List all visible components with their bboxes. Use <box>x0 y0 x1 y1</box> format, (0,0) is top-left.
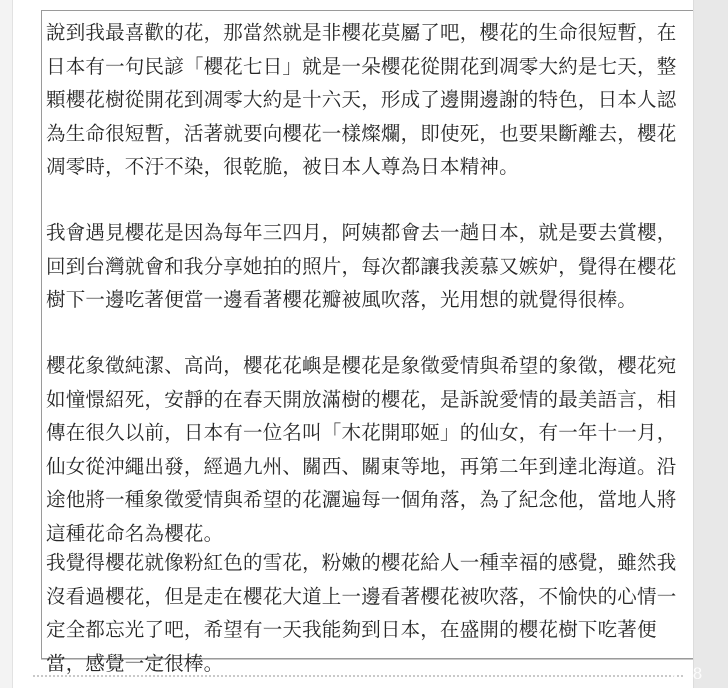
paragraph-1: 說到我最喜歡的花，那當然就是非櫻花莫屬了吧，櫻花的生命很短暫，在日本有一句民諺「… <box>46 16 692 184</box>
dotted-divider <box>33 675 683 677</box>
paragraph-2: 我會遇見櫻花是因為每年三四月，阿姨都會去一趟日本，就是要去賞櫻，回到台灣就會和我… <box>46 216 692 317</box>
watermark: 018 <box>672 664 703 683</box>
page-container: 說到我最喜歡的花，那當然就是非櫻花莫屬了吧，櫻花的生命很短暫，在日本有一句民諺「… <box>12 0 694 688</box>
paragraph-4: 我覺得櫻花就像粉紅色的雪花，粉嫩的櫻花給人一種幸福的感覺，雖然我沒看過櫻花，但是… <box>46 546 692 680</box>
essay-text-box: 說到我最喜歡的花，那當然就是非櫻花莫屬了吧，櫻花的生命很短暫，在日本有一句民諺「… <box>41 10 695 659</box>
scrollbar[interactable] <box>693 0 728 688</box>
paragraph-3: 櫻花象徵純潔、高尚，櫻花花嶼是櫻花是象徵愛情與希望的象徵，櫻花宛如憧憬紹死，安靜… <box>46 349 692 550</box>
